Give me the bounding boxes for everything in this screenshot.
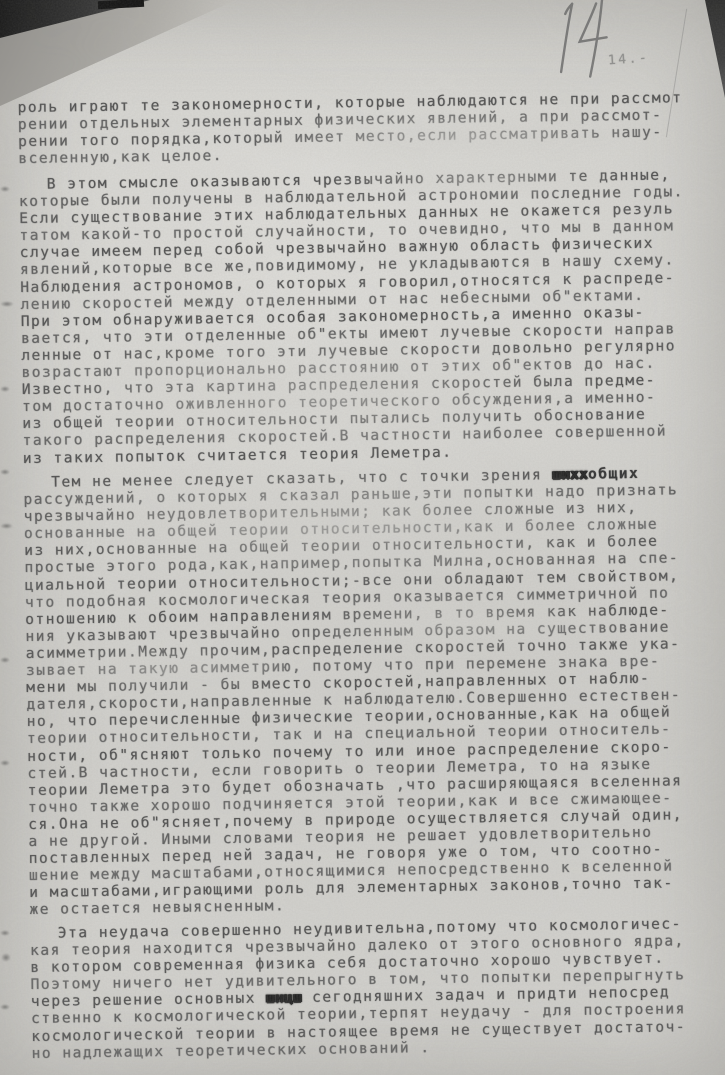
ink-smudge [0, 657, 10, 663]
ink-smudge [0, 186, 10, 192]
handwritten-page-number: 14 [536, 0, 629, 83]
ink-smudge [0, 523, 13, 529]
typed-page-number: 14.- [607, 51, 649, 69]
typewritten-text: вселенную,как целое. [18, 148, 223, 167]
ink-smudge [0, 386, 10, 392]
paragraph: В этом смысле оказываются чрезвычайно ха… [19, 167, 688, 467]
typewritten-text: общих [588, 466, 639, 483]
ink-smudge [0, 930, 10, 936]
typewritten-text: же остается невыясненным. [29, 899, 285, 919]
overstruck-text: шнцш [266, 990, 302, 1007]
scanned-typescript-page: 14 14.- роль играют те закономерности, к… [0, 0, 725, 1075]
pencil-digits-14 [536, 0, 629, 83]
ink-smudge [1, 953, 11, 962]
ink-smudge [0, 301, 14, 307]
ink-smudge [0, 469, 10, 475]
ink-smudge [0, 1004, 10, 1010]
ink-smudge [0, 760, 10, 766]
paragraph: роль играют те закономерности, которые н… [17, 90, 683, 168]
overstruck-text: шихх [552, 467, 588, 484]
paragraph: Эта неудача совершенно неудивительна,пот… [30, 916, 687, 1062]
paragraph: Тем не менее следует сказать, что с точк… [23, 465, 684, 919]
